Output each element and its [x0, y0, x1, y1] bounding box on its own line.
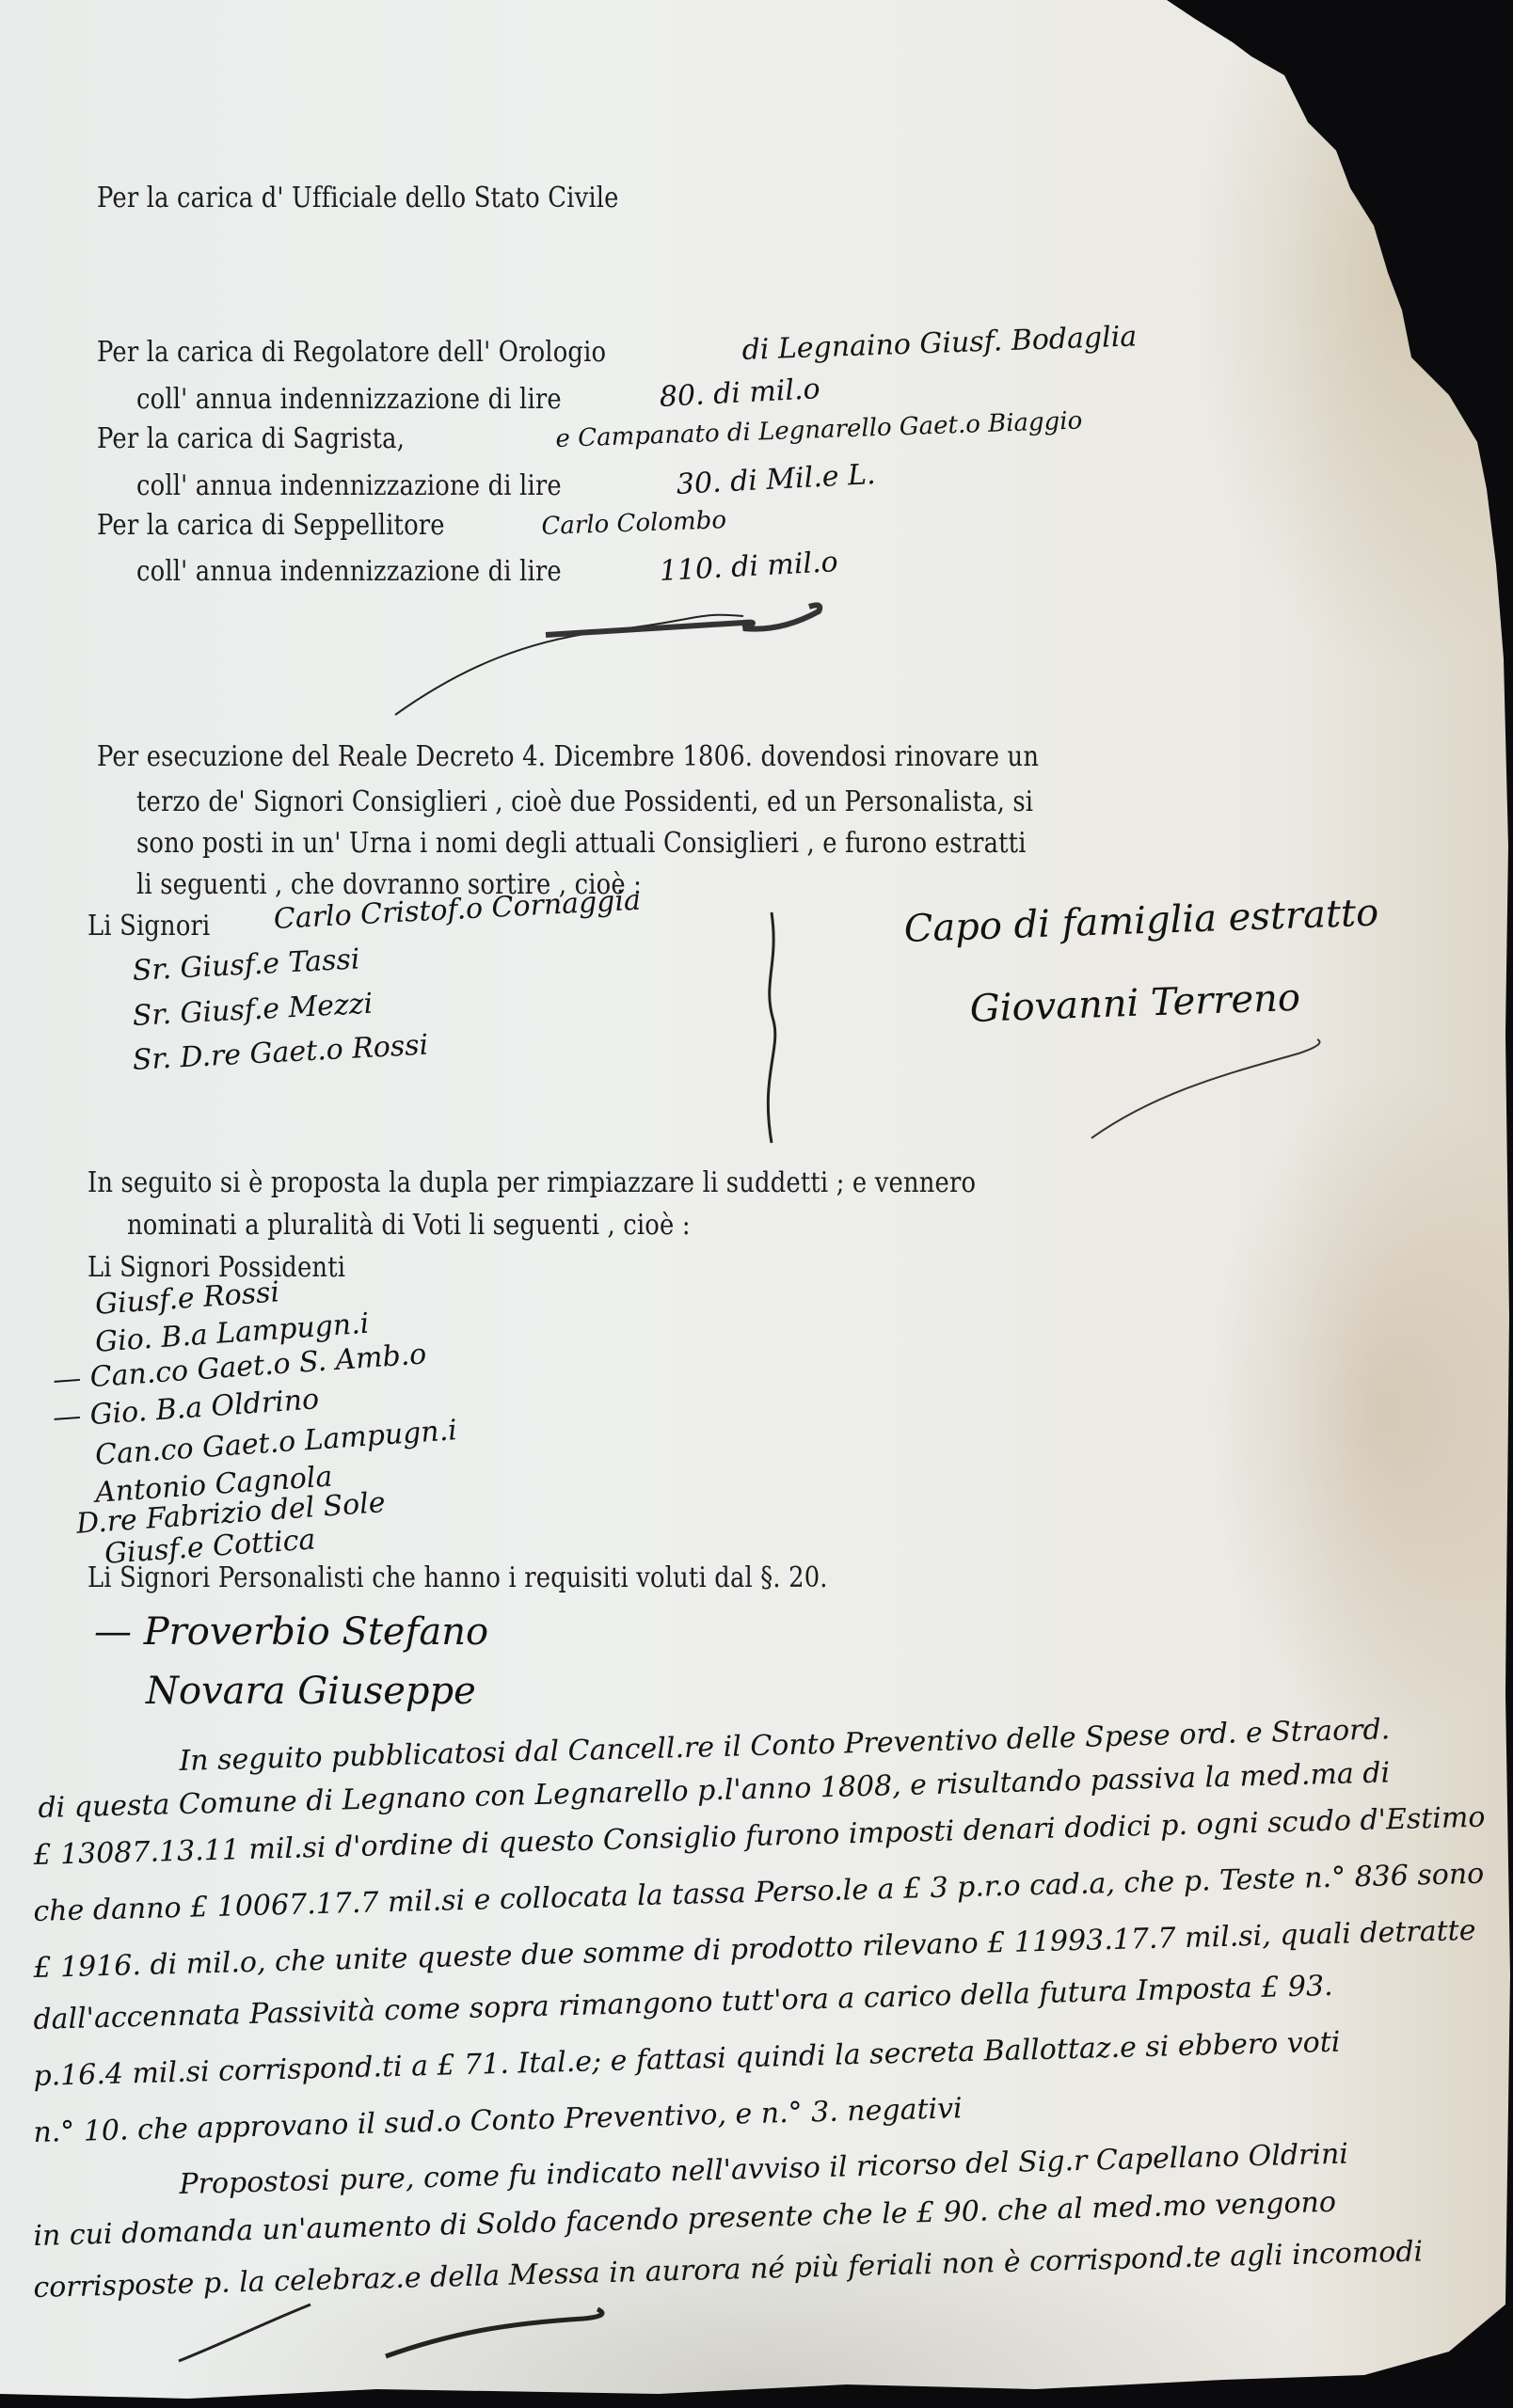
flourish-end — [169, 2295, 696, 2370]
personalisti-label: Li Signori Personalisti che hanno i requ… — [88, 1561, 828, 1594]
office-sagrista-amount: 30. di Mil.e L. — [676, 458, 876, 501]
personalista-1: — Proverbio Stefano — [94, 1610, 488, 1654]
office-seppellitore-line1: Per la carica di Seppellitore — [97, 509, 445, 542]
capo-famiglia-name: Giovanni Terreno — [969, 976, 1301, 1031]
decree-line-3: sono posti in un' Urna i nomi degli attu… — [136, 827, 1027, 860]
office-orologio-line1: Per la carica di Regolatore dell' Orolog… — [97, 336, 606, 369]
office-sagrista-name: e Campanato di Legnarello Gaet.o Biaggio — [555, 406, 1083, 453]
possidenti-label: Li Signori Possidenti — [88, 1251, 345, 1284]
dupla-line-1: In seguito si è proposta la dupla per ri… — [88, 1166, 976, 1199]
brace-mark — [753, 908, 790, 1152]
decree-signori-label: Li Signori — [88, 910, 210, 943]
flourish-divider — [386, 583, 828, 734]
decree-line-1: Per esecuzione del Reale Decreto 4. Dice… — [97, 740, 1039, 773]
capo-famiglia-note: Capo di famiglia estratto — [903, 891, 1379, 951]
minutes-line-7: p.16.4 mil.si corrispond.ti a £ 71. Ital… — [33, 2026, 1341, 2093]
dupla-line-2: nominati a pluralità di Voti li seguenti… — [127, 1209, 691, 1242]
flourish-note — [1082, 1035, 1364, 1148]
office-seppellitore-name: Carlo Colombo — [541, 506, 726, 541]
ufficiale-line: Per la carica d' Ufficiale dello Stato C… — [97, 182, 619, 214]
office-orologio-name: di Legnaino Giusf. Bodaglia — [741, 320, 1138, 367]
office-sagrista-line1: Per la carica di Sagrista, — [97, 422, 405, 455]
office-sagrista-line2: coll' annua indennizzazione di lire — [136, 469, 562, 502]
decree-line-2: terzo de' Signori Consiglieri , cioè due… — [136, 785, 1033, 818]
personalista-2: Novara Giuseppe — [146, 1670, 476, 1713]
office-orologio-amount: 80. di mil.o — [659, 372, 820, 414]
office-seppellitore-amount: 110. di mil.o — [659, 546, 838, 588]
office-orologio-line2: coll' annua indennizzazione di lire — [136, 383, 562, 416]
extracted-name-2: Sr. Giusf.e Tassi — [132, 943, 360, 988]
minutes-line-8: n.° 10. che approvano il sud.o Conto Pre… — [33, 2092, 963, 2149]
extracted-name-4: Sr. D.re Gaet.o Rossi — [132, 1029, 429, 1077]
document-page: Per la carica d' Ufficiale dello Stato C… — [0, 0, 1513, 2408]
extracted-name-3: Sr. Giusf.e Mezzi — [132, 988, 374, 1033]
minutes-line-4: che danno £ 10067.17.7 mil.si e collocat… — [33, 1858, 1485, 1928]
